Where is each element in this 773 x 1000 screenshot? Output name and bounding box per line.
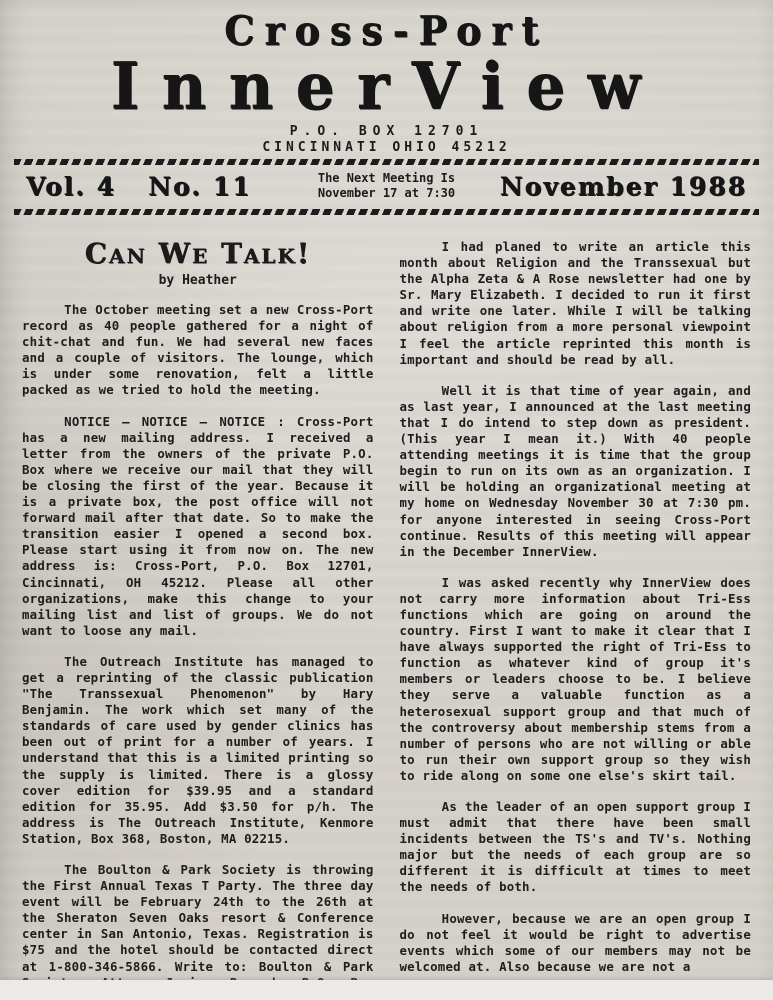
dashed-divider-bottom: [14, 209, 759, 215]
article-paragraph: Well it is that time of year again, and …: [400, 383, 752, 560]
city-state-zip: CINCINNATI OHIO 45212: [0, 140, 773, 155]
scan-page-edge: [0, 980, 773, 1000]
newsletter-title-crossport: Cross-Port: [224, 9, 549, 53]
article-paragraph: I had planed to write an article this mo…: [400, 239, 752, 368]
volume-number: Vol. 4 No. 11: [26, 172, 251, 201]
article-byline: by Heather: [22, 273, 374, 288]
next-meeting-notice: The Next Meeting Is November 17 at 7:30: [318, 171, 455, 201]
dashed-divider-top: [14, 159, 759, 165]
newsletter-page: Cross-Port InnerView P.O. BOX 12701 CINC…: [0, 0, 773, 1000]
next-meeting-line2: November 17 at 7:30: [318, 186, 455, 200]
article-headline: Can We Talk!: [22, 239, 374, 269]
article-paragraph: The October meeting set a new Cross-Port…: [22, 302, 374, 399]
article-paragraph: NOTICE — NOTICE — NOTICE : Cross-Port ha…: [22, 414, 374, 639]
article-paragraph: The Outreach Institute has managed to ge…: [22, 654, 374, 847]
article-body: Can We Talk! by Heather The October meet…: [22, 239, 751, 1000]
article-paragraph: I was asked recently why InnerView does …: [400, 575, 752, 784]
po-box-address: P.O. BOX 12701: [0, 124, 773, 139]
article-paragraph: As the leader of an open support group I…: [400, 799, 752, 896]
newsletter-header: Cross-Port InnerView P.O. BOX 12701 CINC…: [0, 0, 773, 155]
next-meeting-line1: The Next Meeting Is: [318, 171, 455, 185]
issue-date: November 1988: [500, 172, 747, 201]
newsletter-title-innerview: InnerView: [110, 54, 662, 121]
left-column: Can We Talk! by Heather The October meet…: [22, 239, 374, 1000]
masthead-bar: Vol. 4 No. 11 The Next Meeting Is Novemb…: [26, 167, 747, 205]
article-paragraph: However, because we are an open group I …: [400, 911, 752, 975]
right-column: I had planed to write an article this mo…: [400, 239, 752, 1000]
